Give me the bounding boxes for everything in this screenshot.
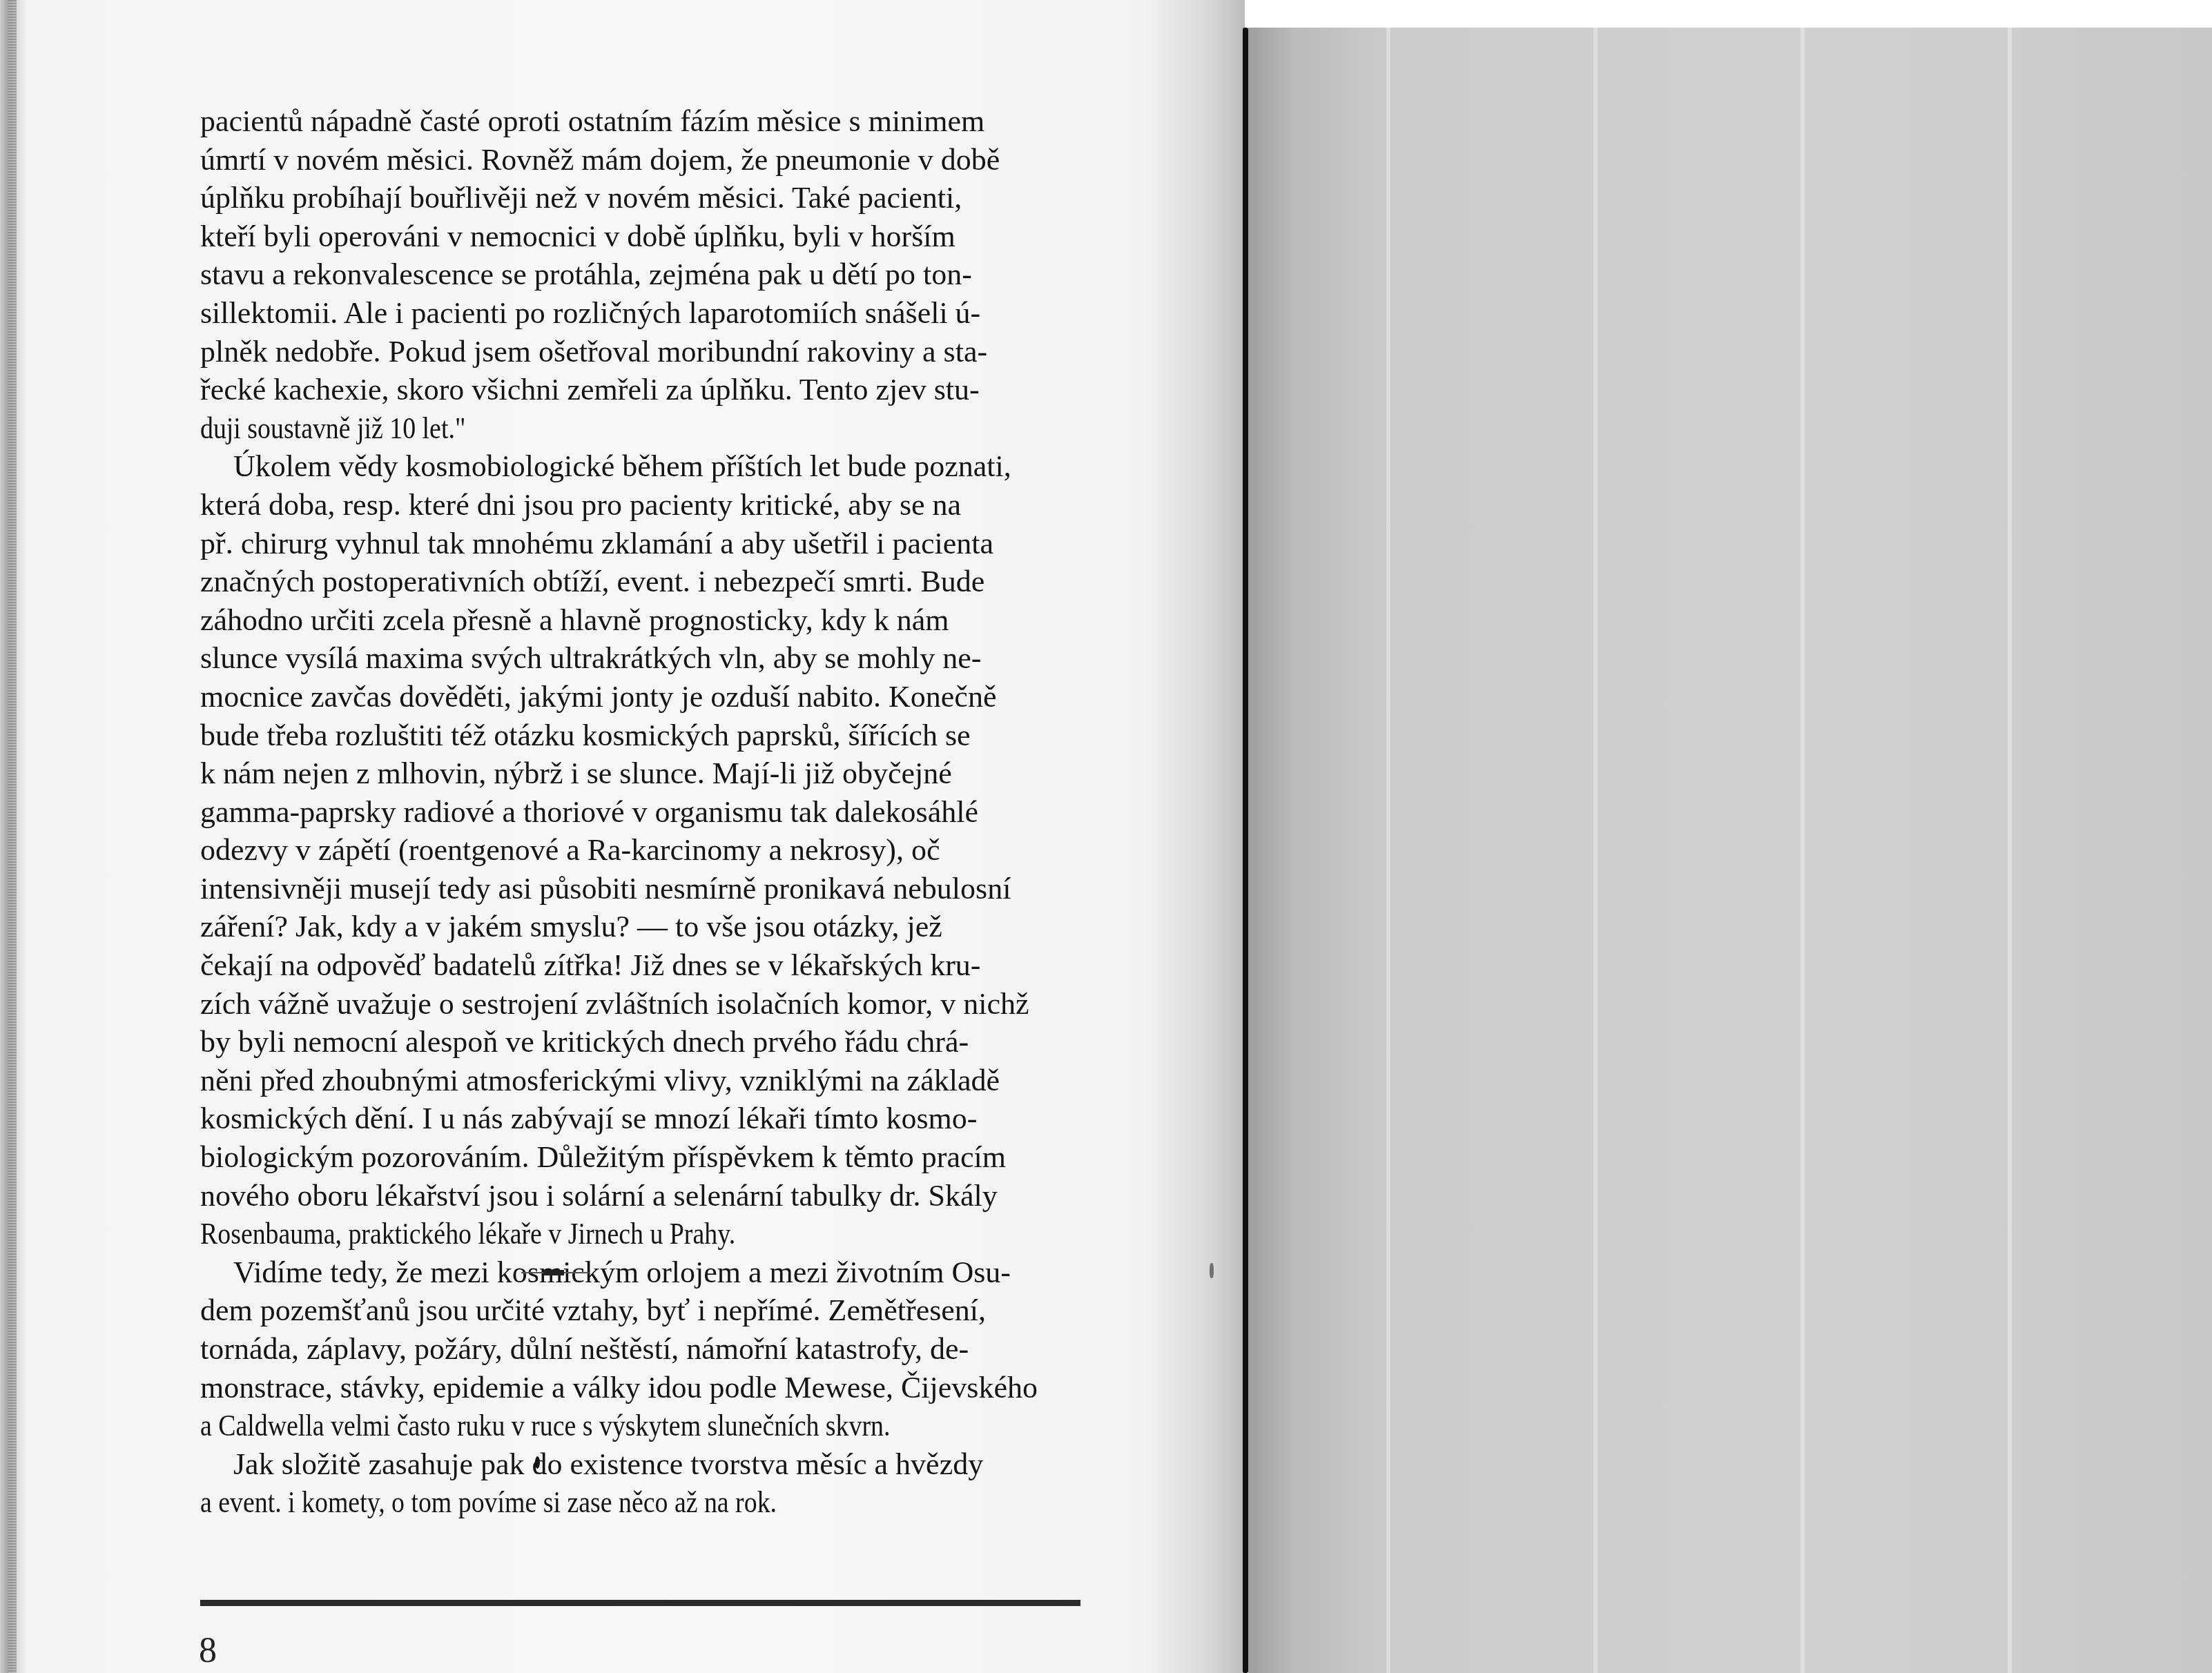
text-line: biologickým pozorováním. Důležitým přísp… (200, 1138, 1098, 1177)
text-line: nového oboru lékařství jsou i solární a … (200, 1177, 1098, 1215)
text-line: úplňku probíhají bouřlivěji než v novém … (200, 179, 1098, 217)
text-line: duji soustavně již 10 let." (200, 409, 1098, 448)
scan-top-margin (1248, 0, 2212, 28)
text-line: kteří byli operováni v nemocnici v době … (200, 217, 1098, 256)
ornament-thick-rule (543, 1270, 564, 1275)
text-line: zích vážně uvažuje o sestrojení zvláštní… (200, 985, 1098, 1024)
text-line: monstrace, stávky, epidemie a války idou… (200, 1369, 1098, 1407)
text-line: stavu a rekonvalescence se protáhla, zej… (200, 255, 1098, 294)
text-line: čekají na odpověď badatelů zítřka! Již d… (200, 946, 1098, 985)
body-text: pacientů nápadně časté oproti ostatním f… (200, 102, 1098, 1522)
text-line: by byli nemocní alespoň ve kritických dn… (200, 1023, 1098, 1061)
page-edge-shadow (8, 0, 17, 1673)
text-line: značných postoperativních obtíží, event.… (200, 562, 1098, 601)
text-line: intensivněji musejí tedy asi působiti ne… (200, 870, 1098, 908)
section-end-ornament (521, 1270, 589, 1275)
text-line: a event. i komety, o tom povíme si zase … (200, 1483, 1098, 1522)
text-line: př. chirurg vyhnul tak mnohému zklamání … (200, 525, 1098, 563)
text-line: řecké kachexie, skoro všichni zemřeli za… (200, 371, 1098, 409)
text-line: tornáda, záplavy, požáry, důlní neštěstí… (200, 1330, 1098, 1369)
text-line: úmrtí v novém měsici. Rovněž mám dojem, … (200, 141, 1098, 179)
text-line: záření? Jak, kdy a v jakém smyslu? — to … (200, 908, 1098, 946)
text-line: bude třeba rozluštiti též otázku kosmick… (200, 716, 1098, 755)
ink-dot-mark (535, 1456, 540, 1469)
text-line: sillektomii. Ale i pacienti po rozličnýc… (200, 294, 1098, 333)
text-line: kosmických dění. I u nás zabývají se mno… (200, 1099, 1098, 1138)
text-line: gamma-paprsky radiové a thoriové v organ… (200, 793, 1098, 832)
text-line: Jak složitě zasahuje pak do existence tv… (200, 1445, 1098, 1484)
text-line: záhodno určiti zcela přesně a hlavně pro… (200, 601, 1098, 640)
text-line: plněk nedobře. Pokud jsem ošetřoval mori… (200, 333, 1098, 371)
margin-ink-mark (1210, 1263, 1214, 1278)
text-line: odezvy v zápětí (roentgenové a Ra-karcin… (200, 831, 1098, 870)
text-line: slunce vysílá maxima svých ultrakrátkých… (200, 639, 1098, 678)
book-spine-gutter (1243, 28, 1248, 1673)
text-line: a Caldwella velmi často ruku v ruce s vý… (200, 1407, 1098, 1445)
left-page: pacientů nápadně časté oproti ostatním f… (0, 0, 1245, 1673)
text-line: Rosenbauma, praktického lékaře v Jirnech… (200, 1215, 1098, 1253)
right-page-blank (1248, 28, 2212, 1673)
text-line: pacientů nápadně časté oproti ostatním f… (200, 102, 1098, 141)
book-spread: pacientů nápadně časté oproti ostatním f… (0, 0, 2212, 1673)
text-line: Úkolem vědy kosmobiologické během příští… (200, 447, 1098, 486)
text-line: Vidíme tedy, že mezi kosmickým orlojem a… (200, 1253, 1098, 1292)
text-line: něni před zhoubnými atmosferickými vlivy… (200, 1061, 1098, 1100)
text-line: mocnice zavčas dověděti, jakými jonty je… (200, 678, 1098, 716)
text-line: která doba, resp. které dni jsou pro pac… (200, 486, 1098, 525)
page-number: 8 (199, 1633, 217, 1669)
text-line: dem pozemšťanů jsou určité vztahy, byť i… (200, 1291, 1098, 1330)
text-line: k nám nejen z mlhovin, nýbrž i se slunce… (200, 754, 1098, 793)
footer-rule (200, 1600, 1080, 1606)
